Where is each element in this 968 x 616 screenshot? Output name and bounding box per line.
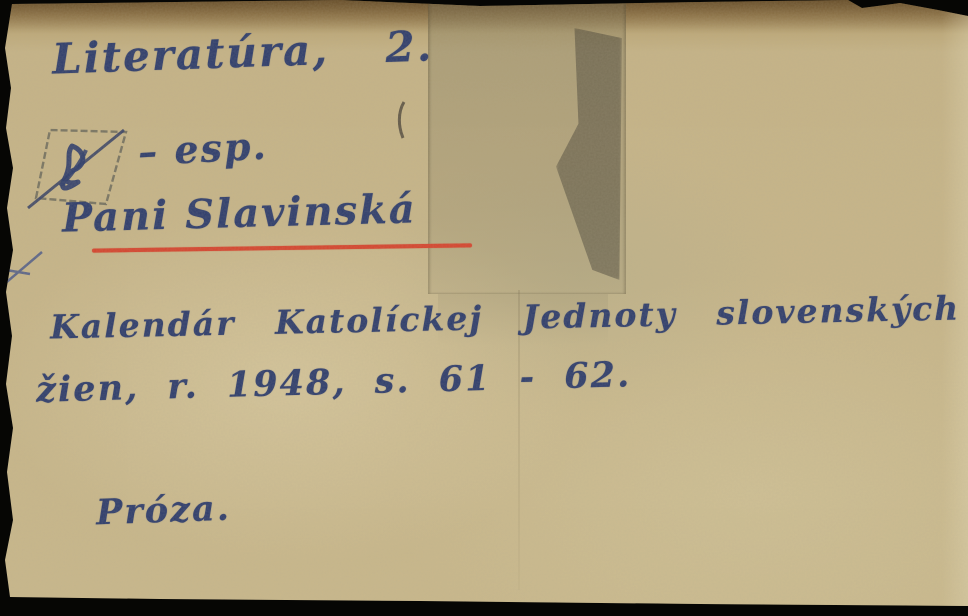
esp-annotation: – esp. [137,123,269,175]
tape-strip [428,0,626,294]
scanned-card-photo: Literatúra, 2. – esp. Pani Slavinská Kal… [0,0,968,616]
genre-note: Próza. [95,488,231,534]
catalog-card-paper: Literatúra, 2. – esp. Pani Slavinská Kal… [0,0,968,616]
pencil-stray-mark [394,98,408,142]
tape-dark-stain [556,28,622,280]
blue-edge-stroke [0,244,46,292]
red-underline [92,243,472,252]
source-citation-line: žien, r. 1948, s. 61 - 62. [36,354,632,411]
person-name: Pani Slavinská [61,185,417,241]
